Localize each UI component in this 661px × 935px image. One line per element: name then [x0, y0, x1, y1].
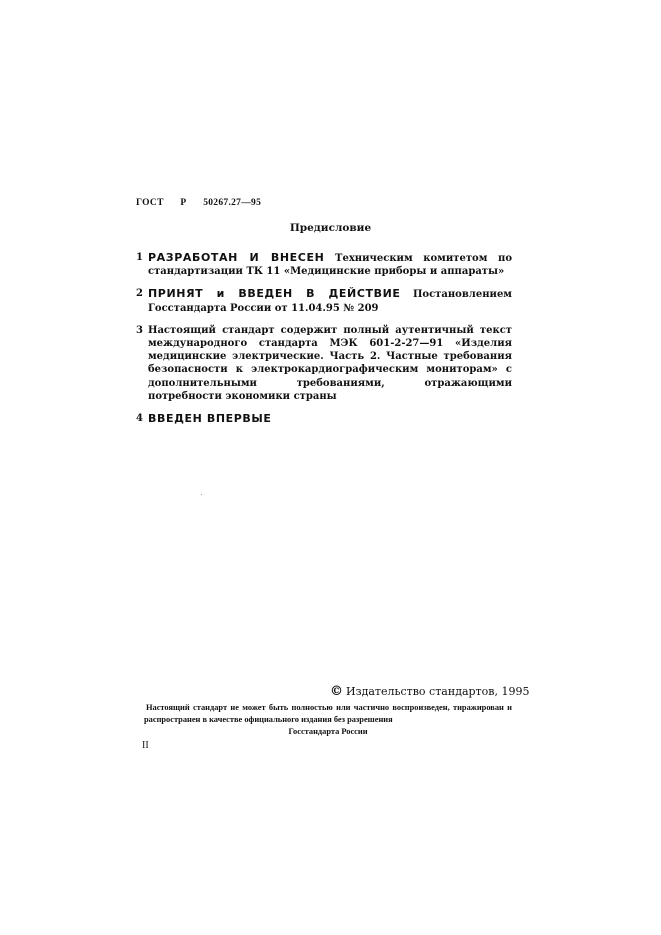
foreword-list: 1 РАЗРАБОТАН И ВНЕСЕН Техническим комите…: [136, 251, 512, 435]
code-letter: Р: [180, 198, 186, 208]
notice-text: Настоящий стандарт не может быть полност…: [144, 702, 512, 726]
item-number: 2: [136, 287, 143, 300]
item-heading: ВВЕДЕН ВПЕРВЫЕ: [148, 412, 272, 425]
item-number: 1: [136, 251, 143, 264]
document-code: ГОСТ Р 50267.27—95: [136, 198, 261, 208]
item-text: Настоящий стандарт содержит полный аутен…: [148, 325, 512, 402]
list-item: 4 ВВЕДЕН ВПЕРВЫЕ: [136, 412, 512, 426]
code-prefix: ГОСТ: [136, 198, 164, 208]
document-page: ГОСТ Р 50267.27—95 Предисловие 1 РАЗРАБО…: [0, 0, 661, 935]
item-number: 3: [136, 324, 143, 337]
scan-speck: [201, 494, 202, 495]
notice-text-end: Госстандарта России: [144, 726, 512, 738]
copyright-text: Издательство стандартов, 1995: [346, 685, 529, 698]
copyright-icon: ©: [330, 684, 343, 699]
item-number: 4: [136, 412, 143, 425]
copyright: ©Издательство стандартов, 1995: [330, 684, 529, 699]
code-number: 50267.27—95: [203, 198, 261, 208]
page-title: Предисловие: [0, 222, 661, 234]
reproduction-notice: Настоящий стандарт не может быть полност…: [144, 702, 512, 738]
item-heading: ПРИНЯТ и ВВЕДЕН В ДЕЙСТВИЕ: [148, 287, 401, 300]
item-heading: РАЗРАБОТАН И ВНЕСЕН: [148, 251, 324, 264]
list-item: 1 РАЗРАБОТАН И ВНЕСЕН Техническим комите…: [136, 251, 512, 278]
page-number: II: [142, 740, 149, 751]
list-item: 2 ПРИНЯТ и ВВЕДЕН В ДЕЙСТВИЕ Постановлен…: [136, 287, 512, 314]
list-item: 3 Настоящий стандарт содержит полный аут…: [136, 324, 512, 403]
